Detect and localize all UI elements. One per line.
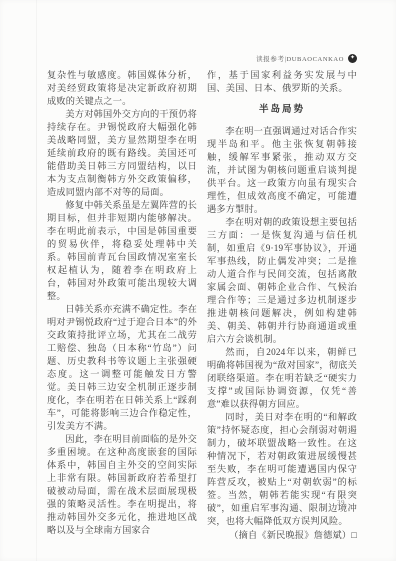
paragraph: 美方对韩国外交方向的干预仍将持续存在。尹锡悦政府大幅强化韩美战略同盟，美方显然期…	[47, 108, 197, 199]
paragraph: 因此，李在明目前面临的是外交多重困境。在这种高度嵌套的国际体系中，韩国自主外交的…	[47, 433, 197, 537]
article-body: 复杂性与敏感度。韩国媒体分析，对美经贸政策将是决定新政府初期成败的关键点之一。 …	[47, 69, 357, 542]
magazine-page: 读报参考|DUBAOCANKAO ✦ 复杂性与敏感度。韩国媒体分析，对美经贸政策…	[0, 0, 396, 561]
paragraph: 复杂性与敏感度。韩国媒体分析，对美经贸政策将是决定新政府初期成败的关键点之一。	[47, 69, 197, 108]
paragraph: 修复中韩关系虽是左翼阵营的长期目标，但并非短期内能够解决。李在明此前表示，中国是…	[47, 199, 197, 303]
header-brand: 读报参考|DUBAOCANKAO	[256, 54, 344, 63]
paragraph: 作，基于国家利益务实发展与中国、美国、日本、俄罗斯的关系。	[207, 69, 357, 95]
paragraph: 同时，美日对李在明的“和解政策”持怀疑态度，担心会削弱对朝遏制力，破坏联盟战略一…	[207, 411, 357, 528]
left-column: 复杂性与敏感度。韩国媒体分析，对美经贸政策将是决定新政府初期成败的关键点之一。 …	[47, 69, 197, 542]
attribution: （摘自《新民晚报》詹德斌）□	[207, 529, 357, 542]
page-header: 读报参考|DUBAOCANKAO ✦	[256, 54, 357, 63]
star-emblem-icon: ✦	[348, 54, 357, 63]
right-column: 作，基于国家利益务实发展与中国、美国、日本、俄罗斯的关系。 半岛局势 李在明一直…	[207, 69, 357, 542]
paragraph: 李在明对朝的政策设想主要包括三方面：一是恢复沟通与信任机制，如重启《9·19军事…	[207, 216, 357, 346]
paragraph: 然而，自2024年以来，朝鲜已明确将韩国视为“敌对国家”，彻底关闭联络渠道。李在…	[207, 346, 357, 411]
section-heading: 半岛局势	[207, 104, 357, 117]
page-number: 39	[337, 499, 345, 507]
paragraph: 李在明一直强调通过对话合作实现半岛和平。他主张恢复朝韩接触，缓解军事紧张，推动双…	[207, 125, 357, 216]
paragraph: 日韩关系亦充满不确定性。李在明对尹锡悦政府“过于迎合日本”的外交政策持批评立场，…	[47, 303, 197, 433]
